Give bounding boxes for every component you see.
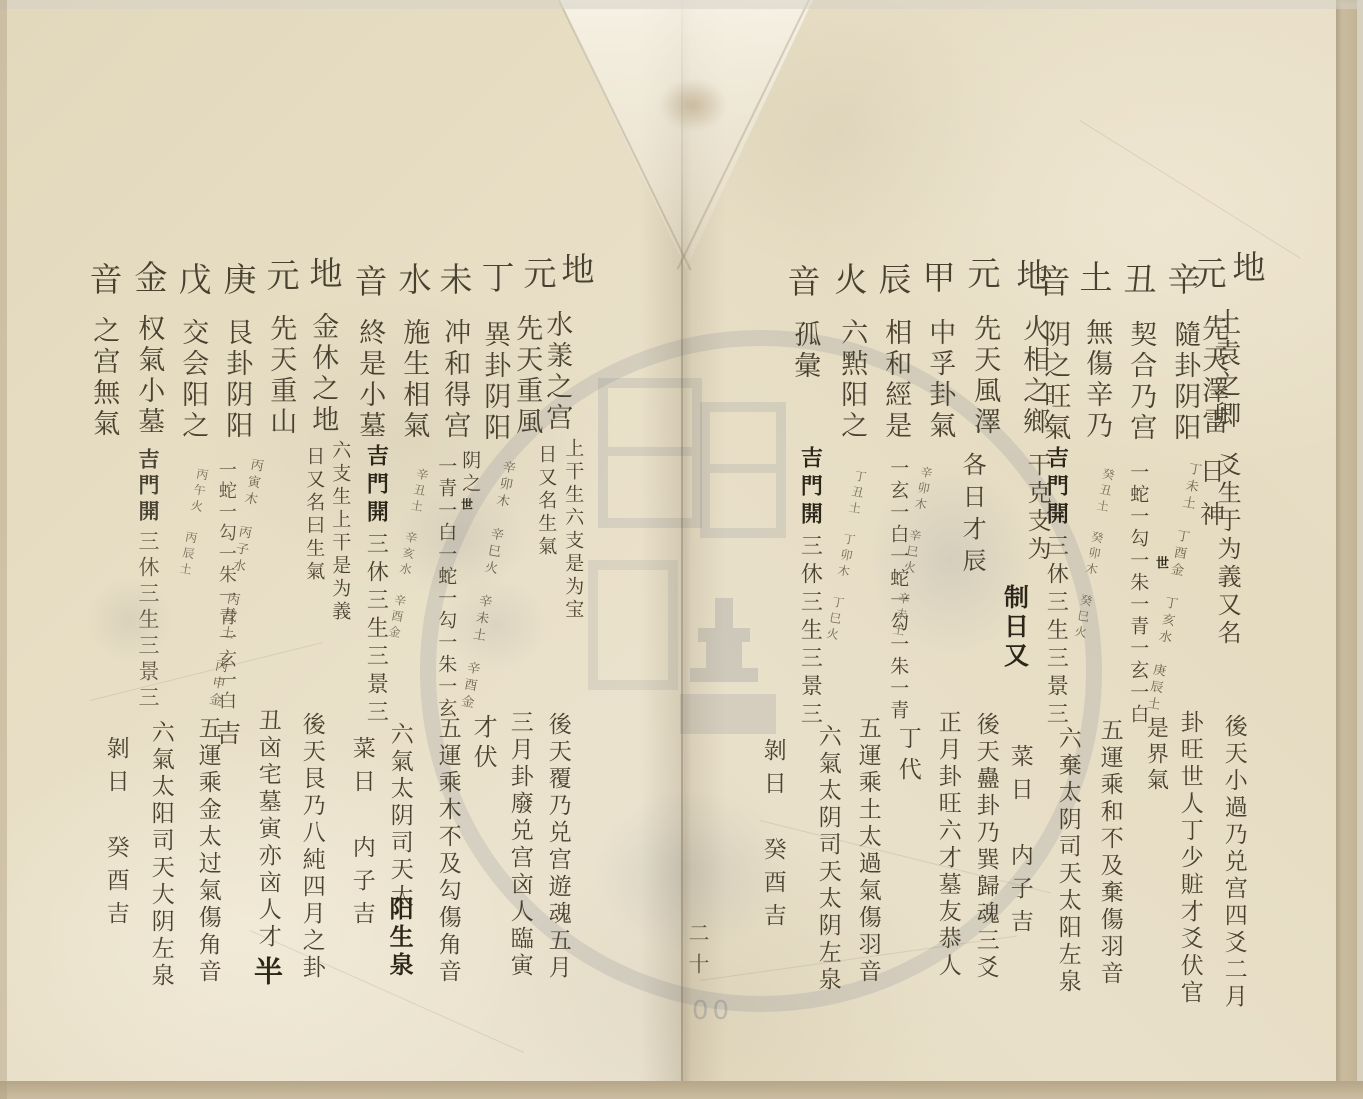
page-edge — [1336, 0, 1357, 1099]
folio-number: 二十 — [683, 922, 713, 984]
page-edge — [1357, 0, 1363, 1099]
page-edge — [0, 1081, 1363, 1099]
page-edge — [0, 0, 1363, 9]
right-page — [681, 0, 1337, 1099]
page-edge — [0, 0, 7, 1099]
left-page — [0, 0, 681, 1099]
manuscript-scan: 00 地土袁之卿爻生于为義又名後天小過乃兑宫四爻二月元先天澤雷日神卦旺世人丁少賍… — [0, 0, 1363, 1099]
